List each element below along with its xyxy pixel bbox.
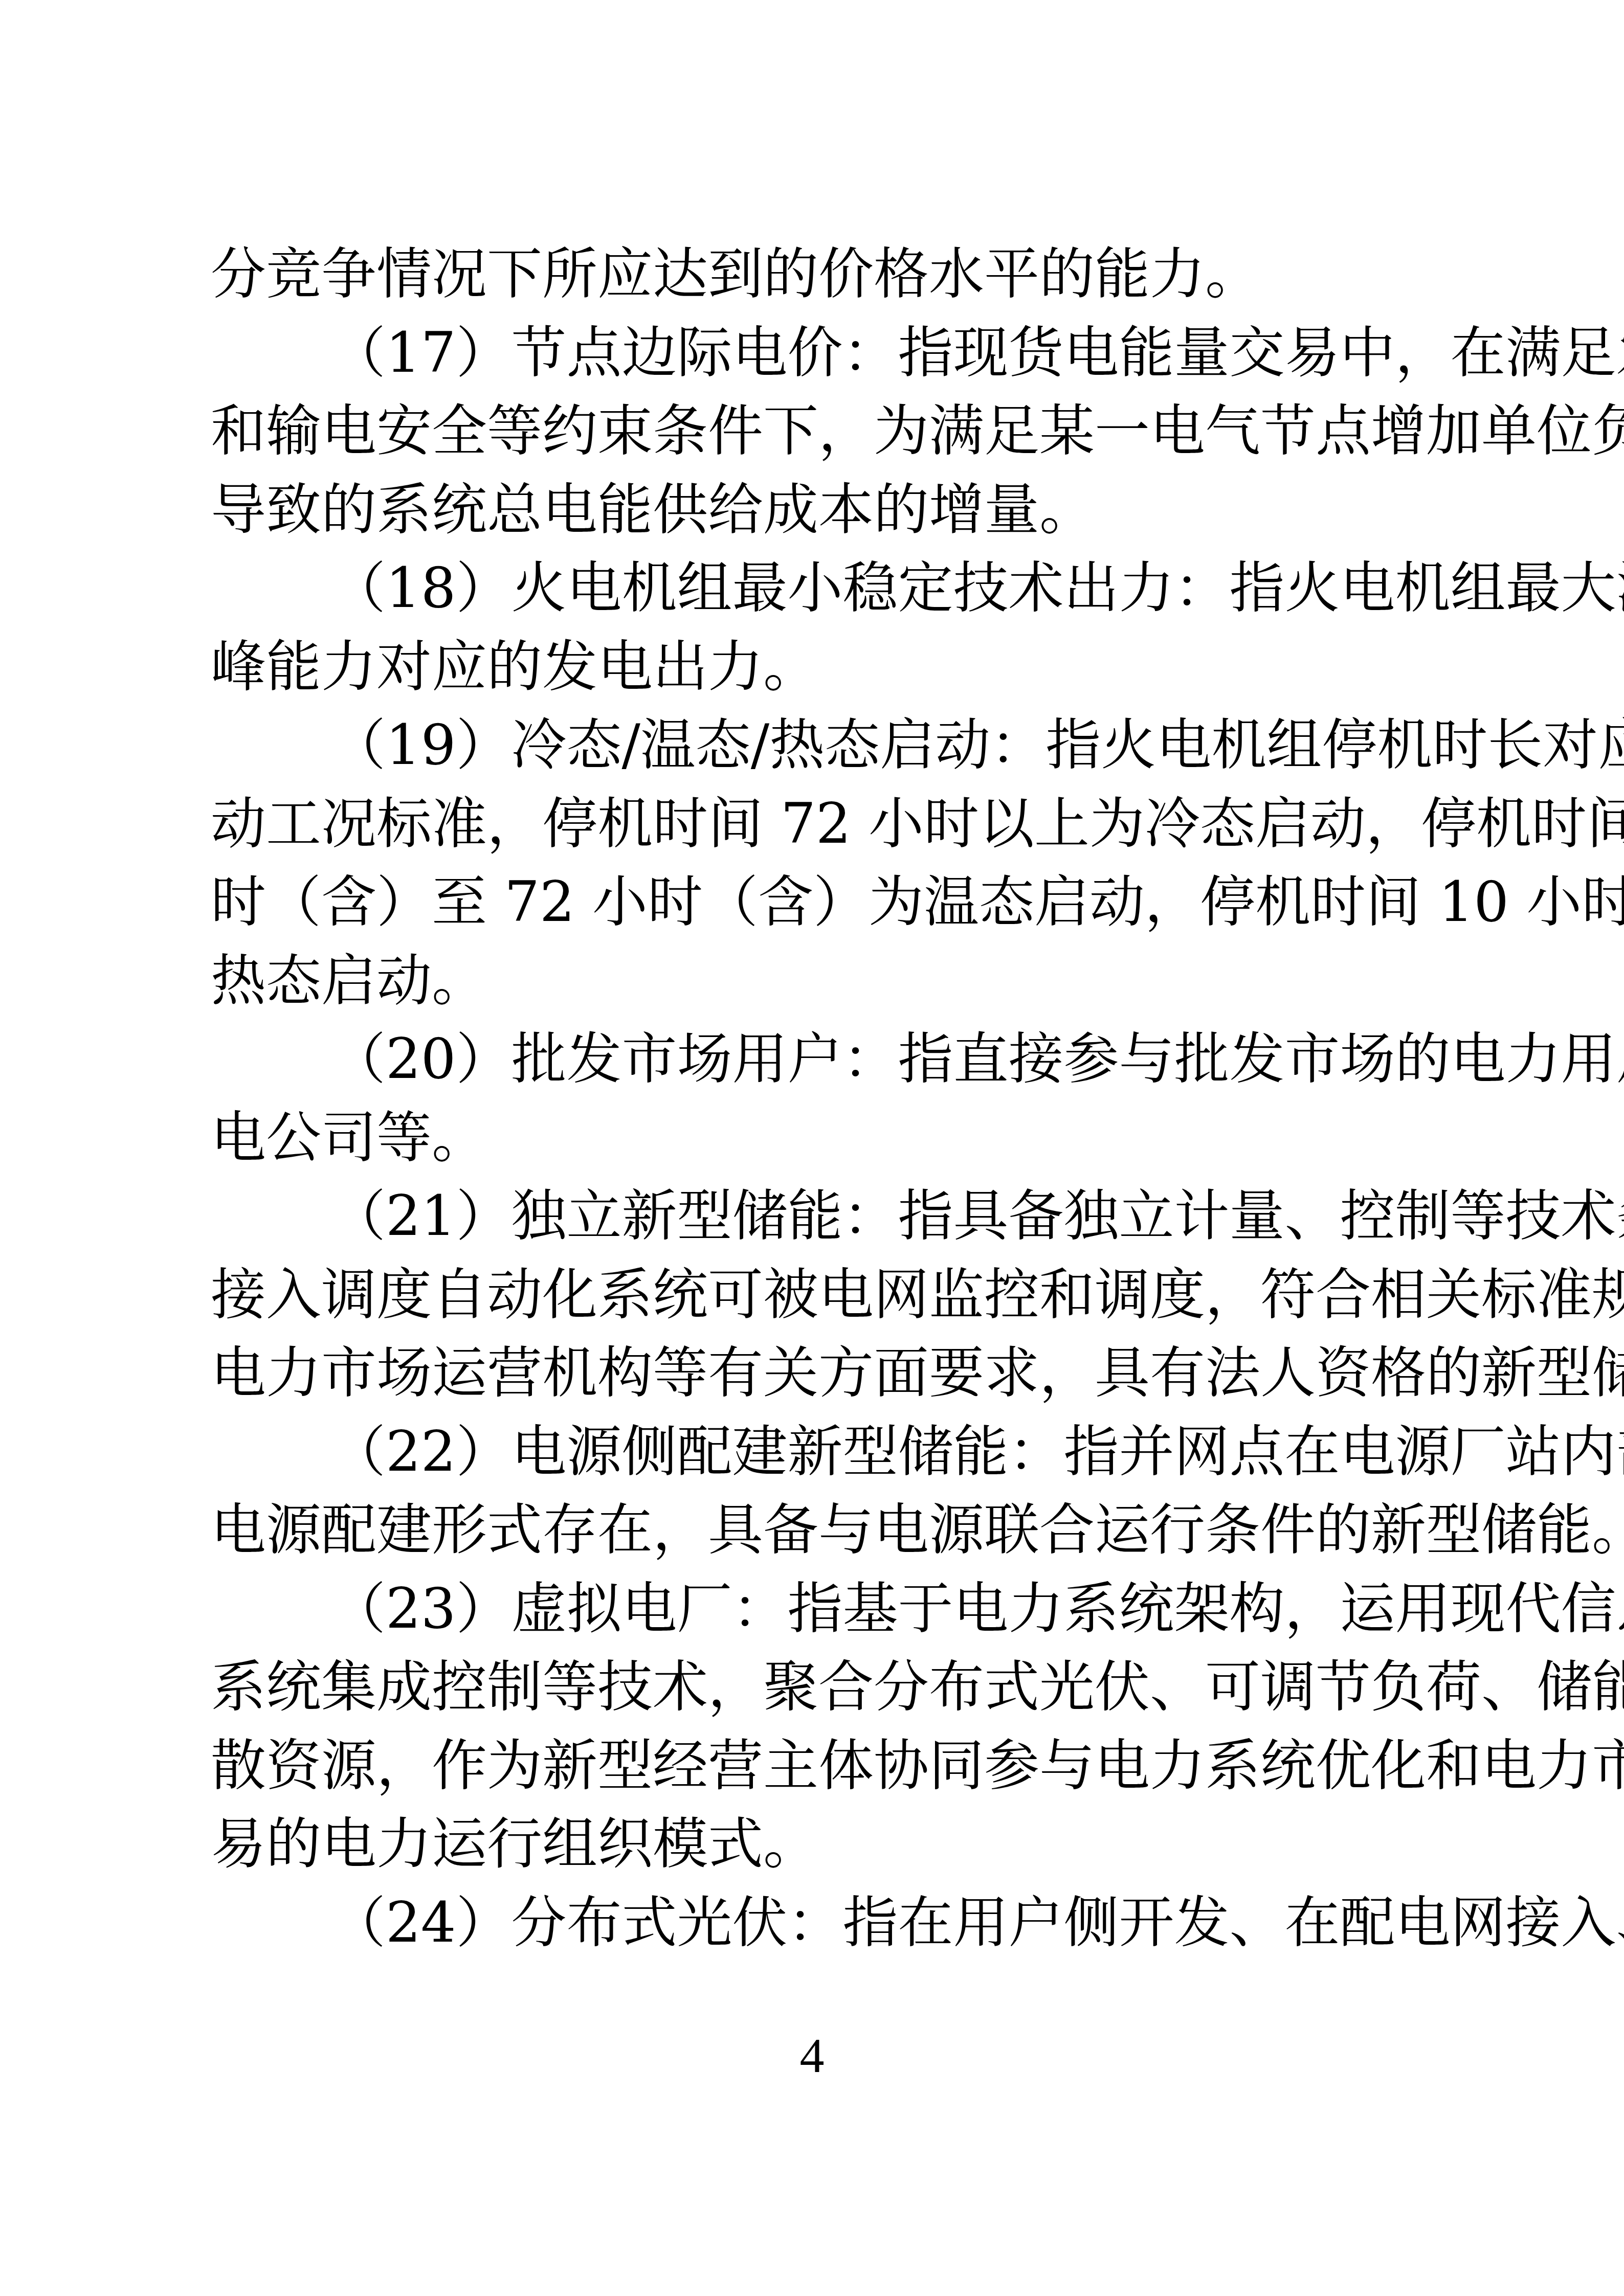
- text-line: 导致的系统总电能供给成本的增量。: [211, 471, 1411, 550]
- body-text: 分竞争情况下所应达到的价格水平的能力。 （17）节点边际电价：指现货电能量交易中…: [211, 235, 1411, 1962]
- text-line: 电力市场运营机构等有关方面要求，具有法人资格的新型储能。: [211, 1334, 1411, 1413]
- text-line: 电公司等。: [211, 1099, 1411, 1178]
- definition-17-heading-line: （17）节点边际电价：指现货电能量交易中，在满足发电侧: [211, 314, 1411, 393]
- text-line: 峰能力对应的发电出力。: [211, 628, 1411, 707]
- text-line: 电源配建形式存在，具备与电源联合运行条件的新型储能。: [211, 1491, 1411, 1570]
- definition-18-heading-line: （18）火电机组最小稳定技术出力：指火电机组最大深度调: [211, 549, 1411, 628]
- text-line: 易的电力运行组织模式。: [211, 1805, 1411, 1884]
- definition-19-heading-line: （19）冷态/温态/热态启动：指火电机组停机时长对应的启: [211, 706, 1411, 785]
- text-line: 分竞争情况下所应达到的价格水平的能力。: [211, 235, 1411, 314]
- text-line: 散资源，作为新型经营主体协同参与电力系统优化和电力市场交: [211, 1727, 1411, 1806]
- definition-24-heading-line: （24）分布式光伏：指在用户侧开发、在配电网接入、原则: [211, 1884, 1411, 1963]
- text-line: 接入调度自动化系统可被电网监控和调度，符合相关标准规范和: [211, 1256, 1411, 1335]
- definition-23-heading-line: （23）虚拟电厂：指基于电力系统架构，运用现代信息通信、: [211, 1570, 1411, 1649]
- text-line: 和输电安全等约束条件下，为满足某一电气节点增加单位负荷时: [211, 392, 1411, 471]
- text-line: 时（含）至 72 小时（含）为温态启动，停机时间 10 小时以内为: [211, 863, 1411, 942]
- definition-21-heading-line: （21）独立新型储能：指具备独立计量、控制等技术条件，: [211, 1177, 1411, 1256]
- definition-22-heading-line: （22）电源侧配建新型储能：指并网点在电源厂站内部，以: [211, 1413, 1411, 1492]
- text-line: 热态启动。: [211, 942, 1411, 1021]
- page-number: 4: [0, 2025, 1624, 2086]
- definition-20-heading-line: （20）批发市场用户：指直接参与批发市场的电力用户、售: [211, 1020, 1411, 1099]
- document-page: 分竞争情况下所应达到的价格水平的能力。 （17）节点边际电价：指现货电能量交易中…: [0, 0, 1624, 2296]
- text-line: 系统集成控制等技术，聚合分布式光伏、可调节负荷、储能等分: [211, 1648, 1411, 1727]
- text-line: 动工况标准，停机时间 72 小时以上为冷态启动，停机时间 10 小: [211, 785, 1411, 864]
